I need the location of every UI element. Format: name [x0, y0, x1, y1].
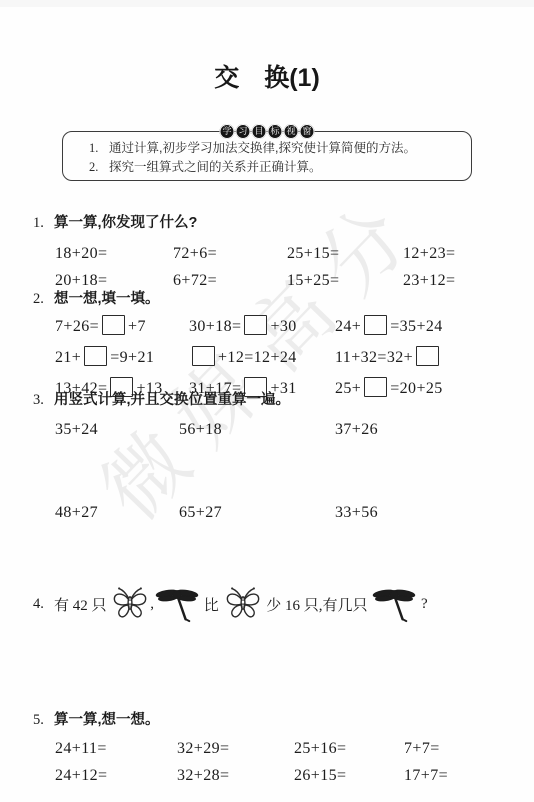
badge-char: 目 — [252, 124, 267, 139]
badge-char: 标 — [268, 124, 283, 139]
equation-pre: 11+32=32+ — [335, 349, 413, 366]
section-number: 2. — [33, 289, 54, 309]
equation: 48+27 — [55, 502, 179, 524]
equation: 65+27 — [179, 502, 335, 524]
equation: 32+28= — [177, 763, 294, 788]
section-4: 4. 有 42 只 , — [0, 578, 534, 630]
answer-box[interactable] — [102, 315, 125, 335]
equation-post: +30 — [270, 318, 296, 335]
worksheet-page: 微媒高分 交 换(1) 学 习 目 标 视 窗 1.通过计算,初步学习加法交换律… — [0, 0, 534, 802]
equation: 24+11= — [55, 736, 177, 761]
problem-text: 比 — [200, 594, 223, 615]
section-3-heading: 3.用竖式计算,并且交换位置重算一遍。 — [0, 390, 534, 411]
butterfly-icon — [224, 586, 262, 622]
dragonfly-icon — [372, 585, 416, 623]
problem-text: 少 16 只,有几只 — [263, 594, 372, 615]
equation: 25+15= — [287, 242, 403, 266]
section-number: 5. — [33, 710, 54, 730]
section-1-problems: 18+20= 72+6= 25+15= 12+23= 20+18= 6+72= … — [0, 242, 534, 293]
butterfly-icon — [111, 586, 149, 622]
section-2: 2.想一想,填一填。 7+26=+7 30+18=+30 24+=35+24 2… — [0, 289, 534, 401]
objective-item: 1.通过计算,初步学习加法交换律,探究使计算简便的方法。 — [89, 139, 463, 158]
problem-text: 有 42 只 — [54, 594, 110, 615]
objectives-badge: 学 习 目 标 视 窗 — [220, 124, 315, 139]
section-number: 4. — [33, 596, 54, 613]
word-problem: 4. 有 42 只 , — [0, 578, 534, 630]
section-3-problems-row1: 35+24 56+18 37+26 — [0, 419, 534, 441]
answer-box[interactable] — [192, 346, 215, 366]
objective-number: 1. — [89, 139, 109, 158]
equation: 17+7= — [404, 763, 534, 788]
section-5-heading: 5.算一算,想一想。 — [0, 710, 534, 731]
equation: 37+26 — [335, 419, 534, 441]
fill-blank-equation: +12=12+24 — [189, 346, 335, 370]
section-title: 算一算,你发现了什么? — [54, 215, 197, 231]
objective-text: 探究一组算式之间的关系并正确计算。 — [109, 160, 322, 174]
section-3: 3.用竖式计算,并且交换位置重算一遍。 35+24 56+18 37+26 48… — [0, 390, 534, 524]
fill-blank-equation: 11+32=32+ — [335, 346, 534, 370]
equation-pre: 24+ — [335, 318, 361, 335]
equation-pre: 21+ — [55, 349, 81, 366]
fill-blank-equation: 21+=9+21 — [55, 346, 189, 370]
fill-blank-equation: 7+26=+7 — [55, 315, 189, 339]
fill-blank-equation: 24+=35+24 — [335, 315, 534, 339]
section-title: 想一想,填一填。 — [54, 291, 160, 307]
section-title: 算一算,想一想。 — [54, 712, 160, 728]
equation: 18+20= — [55, 242, 173, 266]
scan-edge — [0, 0, 534, 7]
equation: 12+23= — [403, 242, 534, 266]
section-5: 5.算一算,想一想。 24+11= 32+29= 25+16= 7+7= 24+… — [0, 710, 534, 788]
dragonfly-icon — [155, 585, 199, 623]
badge-char: 视 — [284, 124, 299, 139]
equation: 24+12= — [55, 763, 177, 788]
section-3-problems-row2: 48+27 65+27 33+56 — [0, 502, 534, 524]
equation: 33+56 — [335, 502, 534, 524]
section-number: 3. — [33, 390, 54, 410]
equation: 25+16= — [294, 736, 404, 761]
objective-item: 2.探究一组算式之间的关系并正确计算。 — [89, 158, 463, 177]
equation-post: =35+24 — [390, 318, 442, 335]
equation: 56+18 — [179, 419, 335, 441]
section-number: 1. — [33, 213, 54, 233]
equation: 35+24 — [55, 419, 179, 441]
equation-post: +12=12+24 — [218, 349, 297, 366]
equation-pre: 30+18= — [189, 318, 241, 335]
equation: 26+15= — [294, 763, 404, 788]
equation: 32+29= — [177, 736, 294, 761]
section-5-problems: 24+11= 32+29= 25+16= 7+7= 24+12= 32+28= … — [0, 736, 534, 788]
badge-char: 学 — [220, 124, 235, 139]
problem-text: , — [150, 596, 154, 613]
answer-box[interactable] — [244, 315, 267, 335]
section-2-problems: 7+26=+7 30+18=+30 24+=35+24 21+=9+21 +12… — [0, 315, 534, 401]
objective-text: 通过计算,初步学习加法交换律,探究使计算简便的方法。 — [109, 141, 416, 155]
badge-char: 习 — [236, 124, 251, 139]
objective-number: 2. — [89, 158, 109, 177]
section-1-heading: 1.算一算,你发现了什么? — [0, 213, 534, 234]
answer-box[interactable] — [84, 346, 107, 366]
equation-post: =9+21 — [110, 349, 154, 366]
answer-box[interactable] — [364, 315, 387, 335]
equation-pre: 7+26= — [55, 318, 99, 335]
equation: 7+7= — [404, 736, 534, 761]
page-title: 交 换(1) — [0, 58, 534, 94]
problem-text: ? — [417, 596, 427, 613]
objectives-box: 学 习 目 标 视 窗 1.通过计算,初步学习加法交换律,探究使计算简便的方法。… — [62, 131, 472, 181]
answer-box[interactable] — [416, 346, 439, 366]
section-title: 用竖式计算,并且交换位置重算一遍。 — [54, 392, 290, 408]
badge-char: 窗 — [300, 124, 315, 139]
equation: 72+6= — [173, 242, 287, 266]
equation-post: +7 — [128, 318, 146, 335]
section-1: 1.算一算,你发现了什么? 18+20= 72+6= 25+15= 12+23=… — [0, 213, 534, 293]
section-2-heading: 2.想一想,填一填。 — [0, 289, 534, 310]
fill-blank-equation: 30+18=+30 — [189, 315, 335, 339]
